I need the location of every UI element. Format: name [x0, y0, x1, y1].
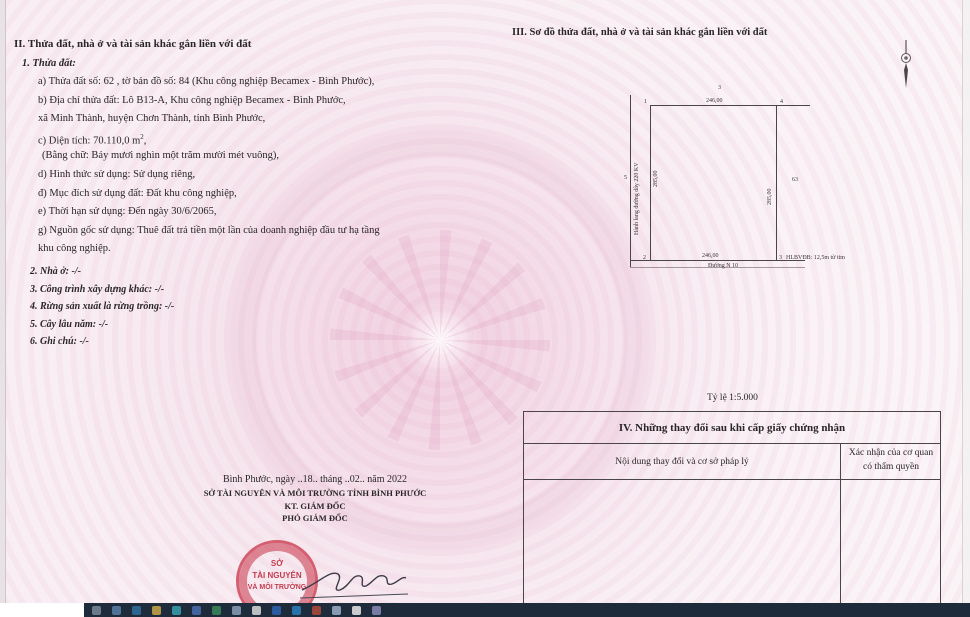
parcel-address-line: b) Địa chỉ thửa đất: Lô B13-A, Khu công …	[38, 94, 346, 107]
app-icon-7[interactable]	[272, 606, 281, 615]
north-arrow-icon	[900, 40, 912, 90]
usage-term-line: e) Thời hạn sử dụng: Đến ngày 30/6/2065,	[38, 205, 216, 218]
road-setback-note: HLBVĐB: 12,5m từ tim	[786, 255, 845, 262]
section-iii-title: III. Sơ đồ thửa đất, nhà ở và tài sản kh…	[512, 26, 767, 39]
land-plot-diagram: 3 1 2 3 4 246,00 246,00 285,00 285,00 Hà…	[620, 95, 880, 280]
usage-form-line: d) Hình thức sử dụng: Sử dụng riêng,	[38, 168, 195, 181]
usage-origin-line: g) Nguồn gốc sử dụng: Thuê đất trả tiền …	[38, 224, 380, 237]
corner-1-label: 1	[644, 99, 647, 106]
item-4-forest: 4. Rừng sản xuất là rừng trồng: -/-	[30, 300, 174, 313]
item-1-title: 1. Thửa đất:	[22, 57, 76, 70]
section-ii-title: II. Thửa đất, nhà ở và tài sản khác gắn …	[14, 38, 251, 51]
column-divider	[840, 444, 841, 612]
issue-date: Bình Phước, ngày ..18.. tháng ..02.. năm…	[170, 473, 460, 486]
bottom-edge-length: 246,00	[702, 253, 719, 260]
app-icon-8[interactable]	[292, 606, 301, 615]
top-edge-length: 246,00	[706, 98, 723, 105]
app-icon-10[interactable]	[332, 606, 341, 615]
plot-top-edge	[650, 105, 810, 106]
changes-table-title-row: IV. Những thay đổi sau khi cấp giấy chứn…	[524, 412, 940, 444]
item-3-construction: 3. Công trình xây dựng khác: -/-	[30, 283, 164, 296]
parcel-address-line-2: xã Minh Thành, huyện Chơn Thành, tỉnh Bì…	[38, 112, 265, 125]
item-6-notes: 6. Ghi chú: -/-	[30, 335, 89, 348]
south-road-label: Đường N 10	[708, 263, 738, 270]
column-header-changes: Nội dung thay đổi và cơ sở pháp lý	[524, 456, 840, 469]
column-header-confirmation-1: Xác nhận của cơ quan	[840, 447, 942, 460]
section-iv-title: IV. Những thay đổi sau khi cấp giấy chứn…	[524, 422, 940, 435]
watermark-rosette	[330, 230, 550, 450]
item-2-house: 2. Nhà ở: -/-	[30, 265, 81, 278]
issuing-authority: SỞ TÀI NGUYÊN VÀ MÔI TRƯỜNG TỈNH BÌNH PH…	[170, 487, 460, 500]
signature-icon	[300, 560, 410, 600]
app-icon-1[interactable]	[132, 606, 141, 615]
app-icon-4[interactable]	[212, 606, 221, 615]
west-road-label: Hành lang đường dây 220 KV	[634, 162, 641, 235]
app-icon-2[interactable]	[172, 606, 181, 615]
changes-table: IV. Những thay đổi sau khi cấp giấy chứn…	[523, 411, 941, 611]
signer-role-2: PHÓ GIÁM ĐỐC	[170, 512, 460, 525]
changes-table-header-row: Nội dung thay đổi và cơ sở pháp lý Xác n…	[524, 444, 940, 480]
corner-3-label: 3	[779, 255, 782, 262]
area-text: c) Diện tích: 70.110,0 m	[38, 136, 140, 147]
start-icon[interactable]	[92, 606, 101, 615]
certificate-page: II. Thửa đất, nhà ở và tài sản khác gắn …	[0, 0, 970, 603]
east-neighbor-label: 63	[792, 177, 798, 184]
taskbar-bar	[84, 603, 970, 617]
app-icon-12[interactable]	[372, 606, 381, 615]
folder-icon[interactable]	[152, 606, 161, 615]
os-taskbar	[0, 603, 970, 617]
west-road-line	[630, 95, 631, 267]
usage-origin-line-2: khu công nghiệp.	[38, 242, 111, 255]
area-suffix: ,	[144, 136, 147, 147]
app-icon-6[interactable]	[252, 606, 261, 615]
plot-right-edge	[776, 105, 777, 260]
parcel-number-line: a) Thửa đất số: 62 , tờ bản đồ số: 84 (K…	[38, 75, 374, 88]
west-neighbor-label: 5	[624, 175, 627, 182]
app-icon-3[interactable]	[192, 606, 201, 615]
parcel-area-line: c) Diện tích: 70.110,0 m2,	[38, 131, 146, 148]
search-icon[interactable]	[112, 606, 121, 615]
app-icon-5[interactable]	[232, 606, 241, 615]
left-edge-length: 285,00	[653, 171, 660, 188]
area-in-words: (Bằng chữ: Bảy mươi nghìn một trăm mười …	[42, 149, 279, 162]
usage-purpose-line: đ) Mục đích sử dụng đất: Đất khu công ng…	[38, 187, 237, 200]
app-icon-9[interactable]	[312, 606, 321, 615]
corner-2-label: 2	[643, 255, 646, 262]
page-edge-left	[0, 0, 6, 603]
page-edge-right	[962, 0, 970, 603]
north-neighbor-label: 3	[718, 85, 721, 92]
corner-4-label: 4	[780, 99, 783, 106]
right-edge-length: 285,00	[767, 189, 774, 206]
app-icon-11[interactable]	[352, 606, 361, 615]
column-header-confirmation-2: có thẩm quyền	[840, 461, 942, 474]
item-5-perennial: 5. Cây lâu năm: -/-	[30, 318, 108, 331]
plot-left-edge	[650, 105, 651, 260]
scale-label: Tỷ lệ 1:5.000	[707, 392, 758, 405]
